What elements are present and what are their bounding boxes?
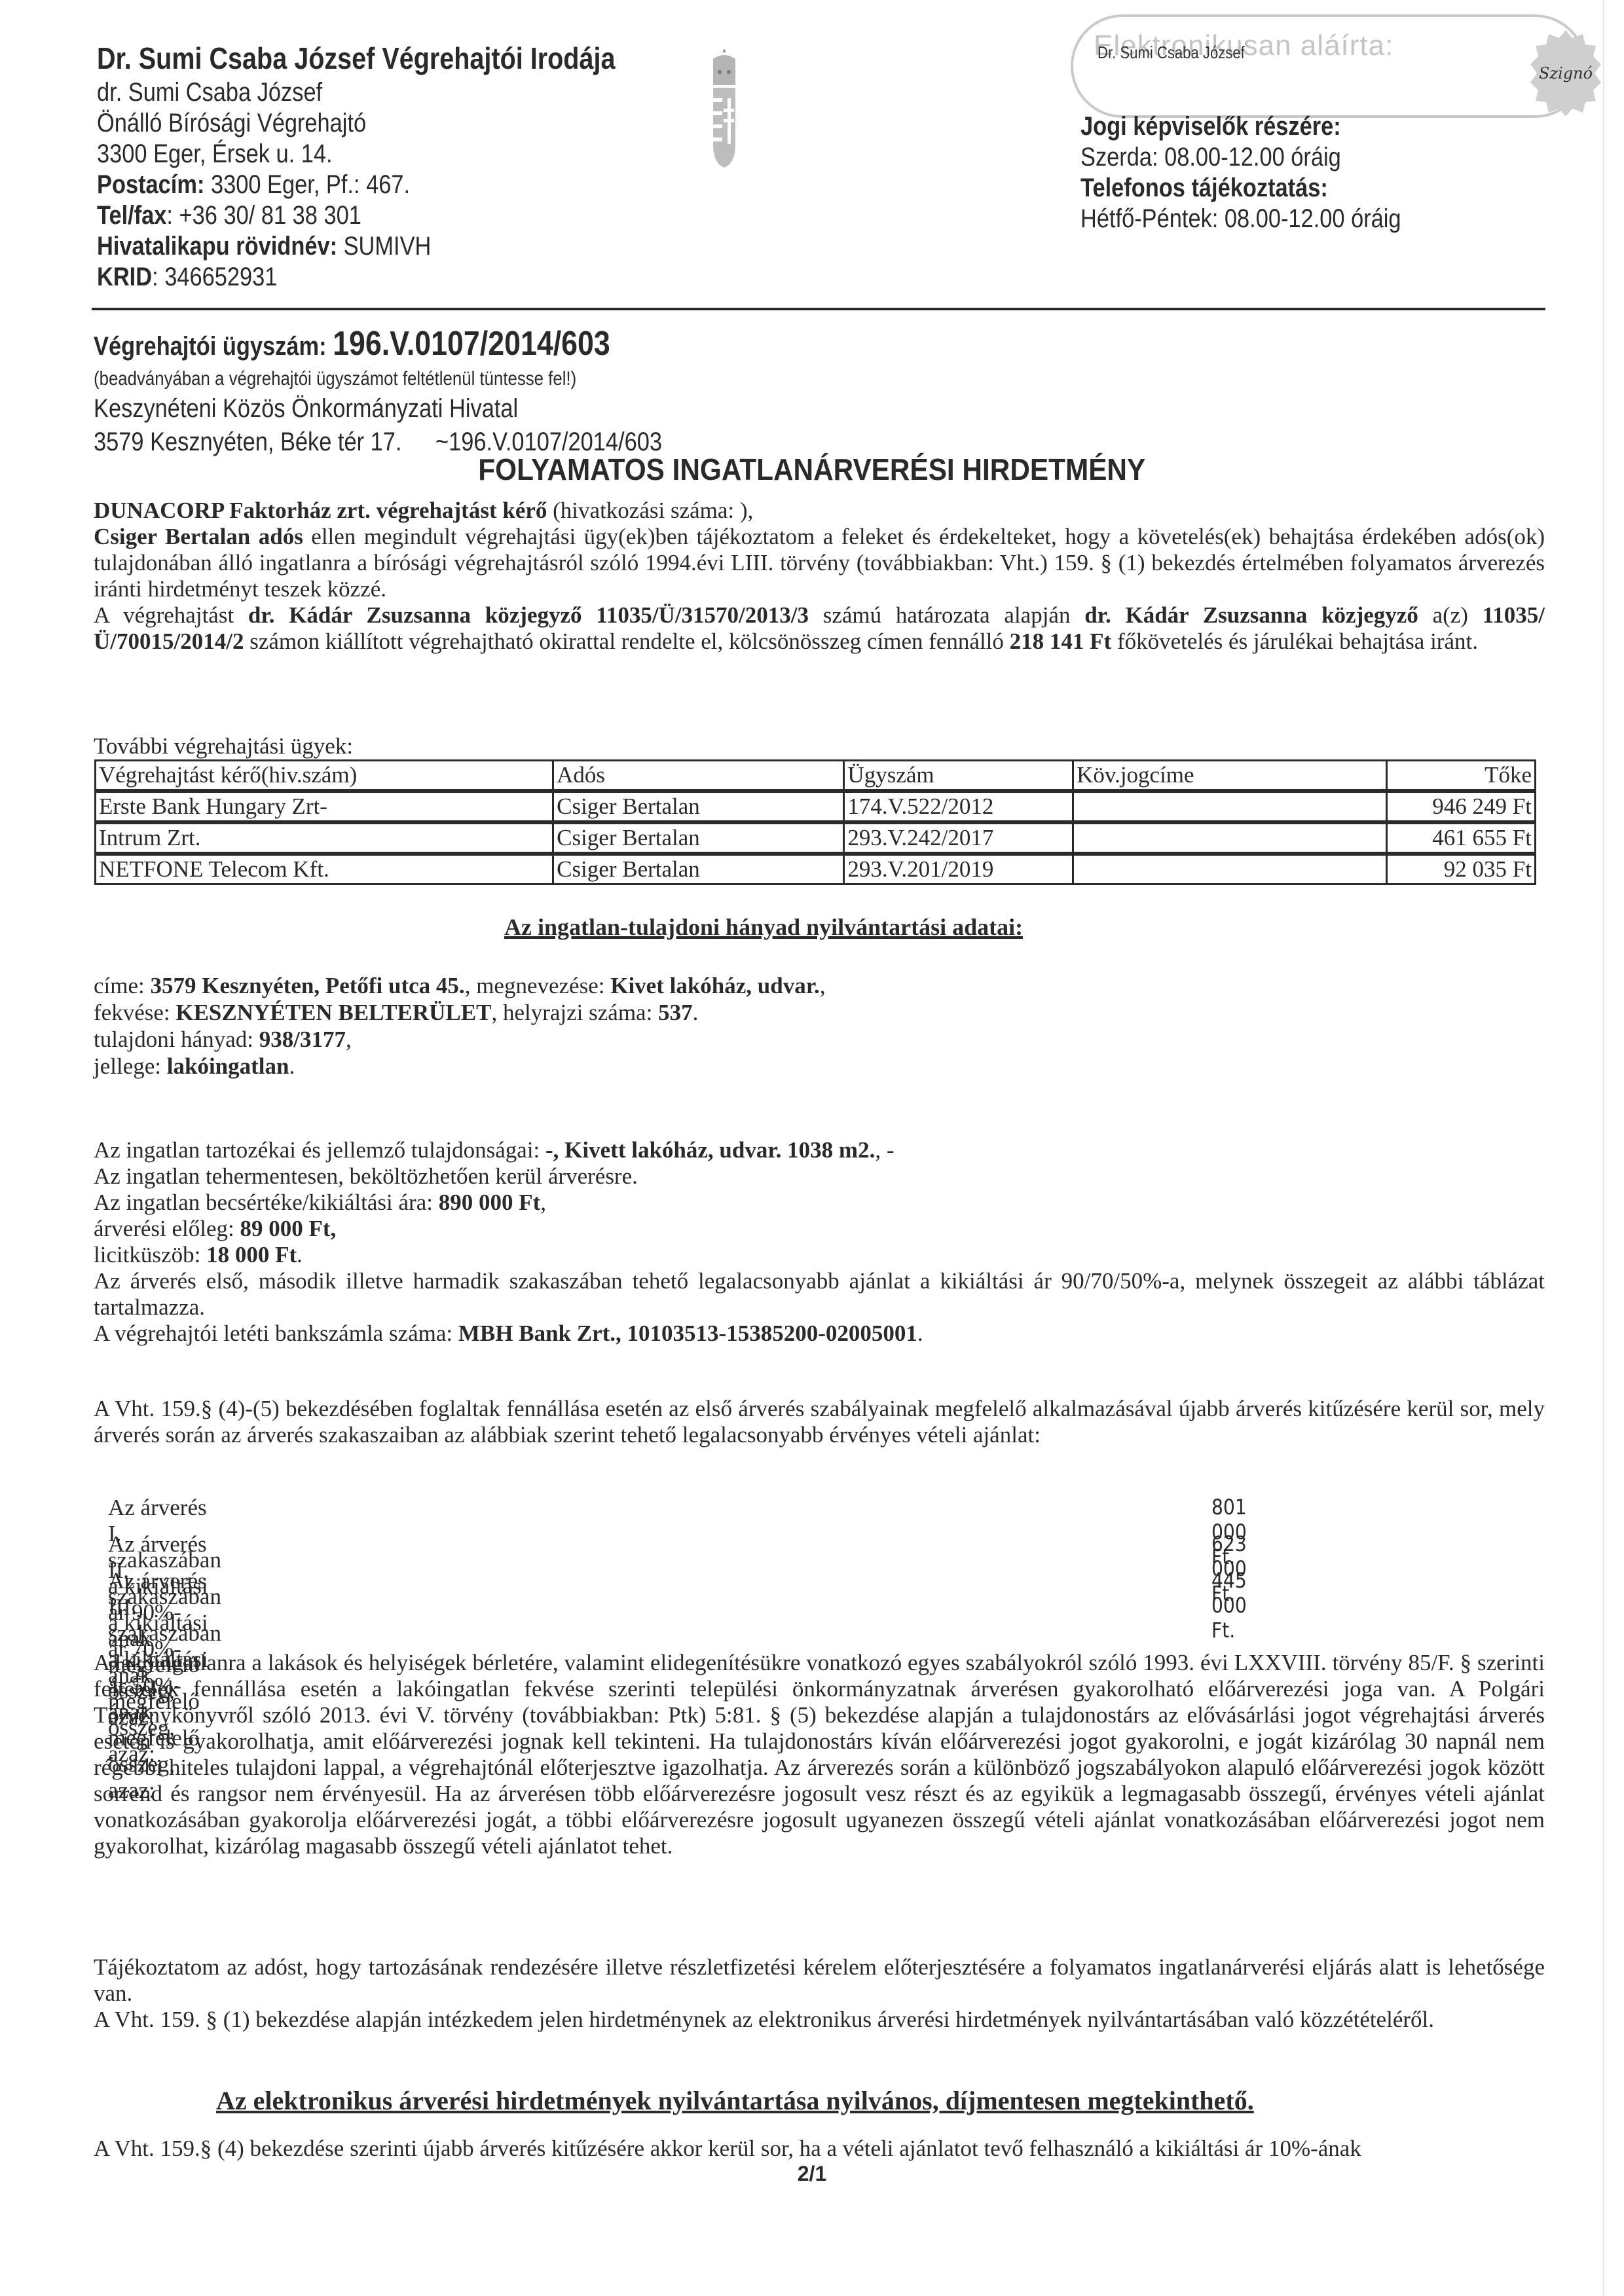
krid: KRID: 346652931 [97,262,615,293]
further-cases-label: További végrehajtási ügyek: [94,733,353,759]
phone-info-label: Telefonos tájékoztatás: [1080,173,1328,202]
table-header-row: Végrehajtást kérő(hiv.szám) Adós Ügyszám… [96,761,1536,792]
signature-signer: Dr. Sumi Csaba József [1098,43,1245,63]
intro-paragraph: DUNACORP Faktorház zrt. végrehajtást kér… [94,498,1545,655]
stages-note: Az árverés első, második illetve harmadi… [94,1268,1545,1321]
case-number-note: (beadványában a végrehajtói ügyszámot fe… [94,366,662,392]
case-number: 196.V.0107/2014/603 [333,325,610,363]
header-divider [92,308,1545,310]
property-section-heading: Az ingatlan-tulajdoni hányad nyilvántart… [504,913,1023,941]
property-address: 3579 Kesznyéten, Petőfi utca 45. [151,973,465,998]
public-register-notice: Az elektronikus árverési hirdetmények ny… [216,2085,1254,2116]
auction-details: Az ingatlan tartozékai és jellemző tulaj… [94,1137,1545,1347]
bid-increment: 18 000 Ft [206,1242,297,1267]
publication-paragraph: A Vht. 159. § (1) bekezdése alapján inté… [94,2007,1545,2033]
property-lot-number: 537 [658,1000,693,1025]
legal-reps-label: Jogi képviselők részére: [1080,112,1341,141]
debtor-info-paragraph: Tájékoztatom az adóst, hogy tartozásának… [94,1954,1545,2007]
auction-deposit: 89 000 Ft, [240,1216,337,1241]
further-cases-table: Végrehajtást kérő(hiv.szám) Adós Ügyszám… [94,759,1536,885]
office-title: Dr. Sumi Csaba József Végrehajtói Irodáj… [97,39,615,77]
table-row: NETFONE Telecom Kft. Csiger Bertalan 293… [96,854,1536,884]
col-creditor: Végrehajtást kérő(hiv.szám) [96,761,553,792]
phone-info-hours: Hétfő-Péntek: 08.00-12.00 óráig [1080,204,1401,234]
property-share: 938/3177 [259,1027,346,1052]
page-number: 2/1 [0,2162,1624,2186]
property-location: KESZNYÉTEN BELTERÜLET [175,1000,491,1025]
legal-reps-hours: Szerda: 08.00-12.00 óráig [1080,142,1401,173]
stage-amount: 445 000 Ft. [1211,1568,1247,1643]
phone-fax: Tel/fax: +36 30/ 81 38 301 [97,200,615,231]
case-number-label: Végrehajtói ügyszám: [94,332,333,361]
col-debtor: Adós [553,761,844,792]
bailiff-name: dr. Sumi Csaba József [97,77,615,108]
property-data: címe: 3579 Kesznyéten, Petőfi utca 45., … [94,972,826,1080]
continued-paragraph: A Vht. 159.§ (4) bekezdése szerinti újab… [94,2136,1361,2162]
case-block: Végrehajtói ügyszám: 196.V.0107/2014/603… [94,324,662,459]
table-row: Intrum Zrt. Csiger Bertalan 293.V.242/20… [96,822,1536,854]
signature-seal-icon: Szignó [1529,27,1602,119]
office-hours: Jogi képviselők részére: Szerda: 08.00-1… [1080,111,1401,234]
coat-of-arms-icon [710,46,738,170]
pre-emption-law-paragraph: A lakóingatlanra a lakások és helyiségek… [94,1650,1545,1859]
vht-paragraph: A Vht. 159.§ (4)-(5) bekezdésében foglal… [94,1396,1545,1448]
col-principal: Tőke [1387,761,1536,792]
table-row: Erste Bank Hungary Zrt- Csiger Bertalan … [96,791,1536,822]
bailiff-role: Önálló Bírósági Végrehajtó [97,108,615,139]
col-legal-title: Köv.jogcíme [1073,761,1387,792]
encumbrance-note: Az ingatlan tehermentesen, beköltözhetőe… [94,1163,1545,1190]
gateway-shortname: Hivatalikapu rövidnév: SUMIVH [97,231,615,262]
starting-price: 890 000 Ft [439,1190,541,1215]
bank-account: MBH Bank Zrt., 10103513-15385200-0200500… [458,1321,917,1346]
postal-address: Postacím: 3300 Eger, Pf.: 467. [97,170,615,200]
svg-text:Szignó: Szignó [1539,64,1593,82]
property-type: lakóingatlan [167,1053,289,1079]
page-edge [1603,0,1604,2296]
property-name: Kivet lakóház, udvar. [610,973,820,998]
property-features: -, Kivett lakóház, udvar. 1038 m2. [545,1137,875,1163]
office-header: Dr. Sumi Csaba József Végrehajtói Irodáj… [97,39,615,293]
document-title: FOLYAMATOS INGATLANÁRVERÉSI HIRDETMÉNY [0,452,1624,487]
office-address: 3300 Eger, Érsek u. 14. [97,139,615,170]
recipient-name: Keszynéteni Közös Önkormányzati Hivatal [94,392,662,425]
col-case-number: Ügyszám [844,761,1073,792]
